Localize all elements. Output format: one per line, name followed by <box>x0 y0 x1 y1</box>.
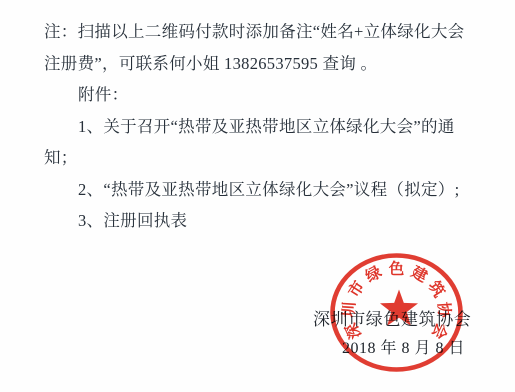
note-line-2: 注册费”，可联系何小姐 13826537595 查询 。 <box>44 48 464 80</box>
document-page: 注：扫描以上二维码付款时添加备注“姓名+立体绿化大会 注册费”，可联系何小姐 1… <box>0 0 515 392</box>
seal-character: 筑 <box>425 277 450 301</box>
attachment-item-1: 1、关于召开“热带及亚热带地区立体绿化大会”的通 <box>44 111 464 143</box>
seal-text-arc: 深圳市绿色建筑协会 <box>340 259 454 343</box>
seal-character: 色 <box>389 259 405 278</box>
attachments-heading: 附件： <box>44 79 464 111</box>
attachment-item-1-wrap: 知； <box>44 142 464 174</box>
seal-character: 建 <box>408 263 431 286</box>
organization-name: 深圳市绿色建筑协会 <box>313 305 471 330</box>
signature-date: 2018 年 8 月 8 日 <box>342 335 465 358</box>
seal-character: 市 <box>344 277 369 301</box>
seal-character: 绿 <box>362 262 385 286</box>
attachment-item-2: 2、“热带及亚热带地区立体绿化大会”议程（拟定）; <box>44 174 464 206</box>
note-body: 注：扫描以上二维码付款时添加备注“姓名+立体绿化大会 注册费”，可联系何小姐 1… <box>44 16 464 237</box>
note-line-1: 注：扫描以上二维码付款时添加备注“姓名+立体绿化大会 <box>44 16 464 48</box>
attachment-item-3: 3、注册回执表 <box>44 205 464 237</box>
